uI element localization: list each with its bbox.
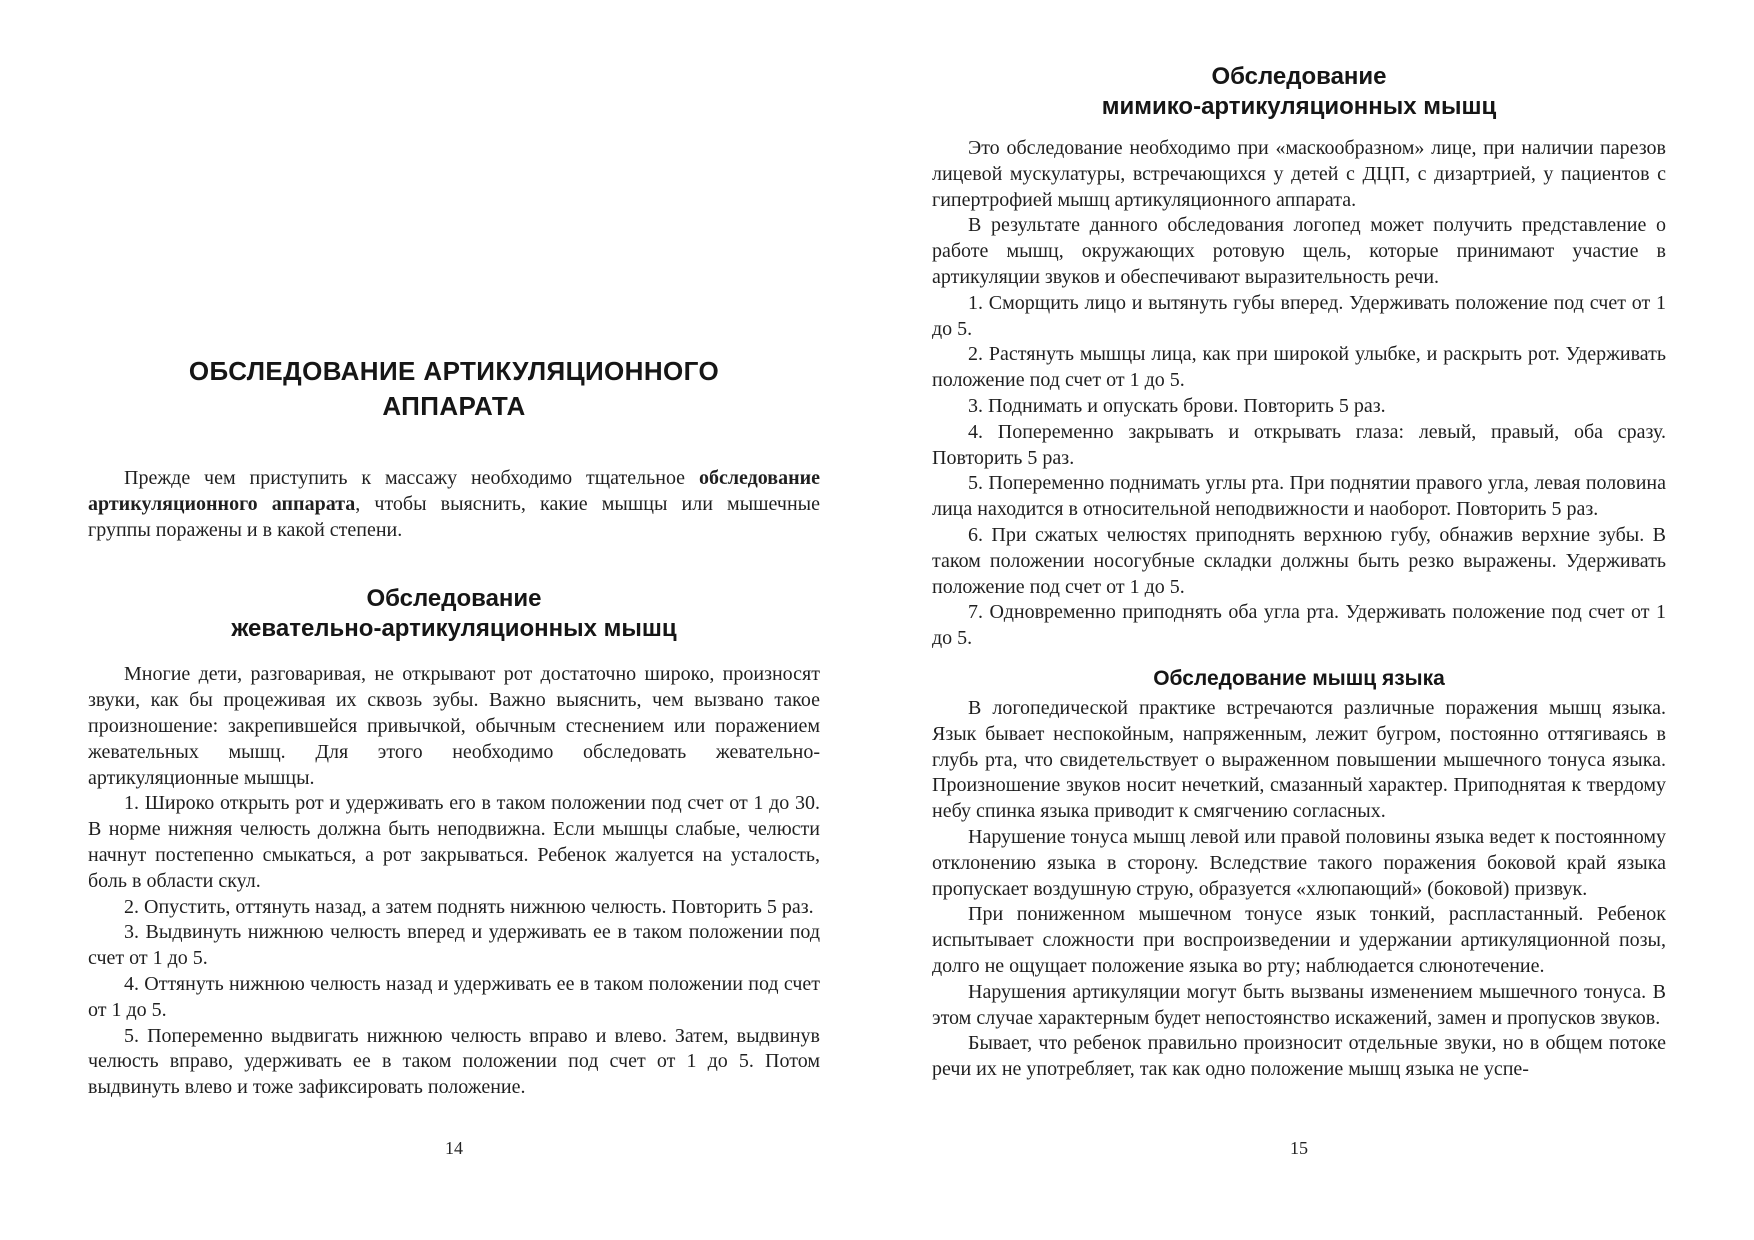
exercise-item-2: 2. Опустить, оттянуть назад, а затем под… xyxy=(88,895,820,921)
section-heading-chewing-muscles: Обследование жевательно-артикуляционных … xyxy=(88,584,820,644)
section-heading-tongue-muscles: Обследование мышц языка xyxy=(932,666,1666,692)
section-heading-line-2: мимико-артикуляционных мышц xyxy=(932,92,1666,122)
book-spread: { "document": { "background": "#ffffff",… xyxy=(0,0,1754,1240)
intro-paragraph: Прежде чем приступить к массажу необходи… xyxy=(88,466,820,543)
section-heading-line-1: Обследование xyxy=(88,584,820,614)
paragraph: Это обследование необходимо при «маскооб… xyxy=(932,136,1666,213)
page-right: Обследование мимико-артикуляционных мышц… xyxy=(932,0,1666,1240)
exercise-item-1: 1. Широко открыть рот и удерживать его в… xyxy=(88,791,820,894)
paragraph: В логопедической практике встречаются ра… xyxy=(932,696,1666,825)
exercise-item-6: 6. При сжатых челюстях приподнять верхню… xyxy=(932,523,1666,600)
exercise-item-2: 2. Растянуть мышцы лица, как при широкой… xyxy=(932,342,1666,394)
intro-text-pre: Прежде чем приступить к массажу необходи… xyxy=(124,467,699,489)
exercise-item-7: 7. Одновременно приподнять оба угла рта.… xyxy=(932,600,1666,652)
section-heading-line-1: Обследование xyxy=(932,62,1666,92)
exercise-item-3: 3. Выдвинуть нижнюю челюсть вперед и уде… xyxy=(88,920,820,972)
exercise-item-4: 4. Попеременно закрывать и открывать гла… xyxy=(932,420,1666,472)
exercise-item-1: 1. Сморщить лицо и вытянуть губы вперед.… xyxy=(932,291,1666,343)
page-title-line-2: АППАРАТА xyxy=(88,389,820,424)
exercise-item-5: 5. Попеременно выдвигать нижнюю челюсть … xyxy=(88,1024,820,1101)
section-heading-mimic-muscles: Обследование мимико-артикуляционных мышц xyxy=(932,62,1666,122)
exercise-item-3: 3. Поднимать и опускать брови. Повторить… xyxy=(932,394,1666,420)
section-heading-line-2: жевательно-артикуляционных мышц xyxy=(88,614,820,644)
paragraph: При пониженном мышечном тонусе язык тонк… xyxy=(932,902,1666,979)
paragraph: Бывает, что ребенок правильно произносит… xyxy=(932,1031,1666,1083)
paragraph: Нарушение тонуса мышц левой или правой п… xyxy=(932,825,1666,902)
exercise-item-4: 4. Оттянуть нижнюю челюсть назад и удерж… xyxy=(88,972,820,1024)
paragraph: Нарушения артикуляции могут быть вызваны… xyxy=(932,980,1666,1032)
section-intro-paragraph: Многие дети, разговаривая, не открывают … xyxy=(88,662,820,791)
page-title: ОБСЛЕДОВАНИЕ АРТИКУЛЯЦИОННОГО АППАРАТА xyxy=(88,354,820,424)
page-number-left: 14 xyxy=(88,1138,820,1159)
page-number-right: 15 xyxy=(932,1138,1666,1159)
page-title-line-1: ОБСЛЕДОВАНИЕ АРТИКУЛЯЦИОННОГО xyxy=(88,354,820,389)
page-left: ОБСЛЕДОВАНИЕ АРТИКУЛЯЦИОННОГО АППАРАТА П… xyxy=(88,0,820,1240)
exercise-item-5: 5. Попеременно поднимать углы рта. При п… xyxy=(932,471,1666,523)
paragraph: В результате данного обследования логопе… xyxy=(932,213,1666,290)
